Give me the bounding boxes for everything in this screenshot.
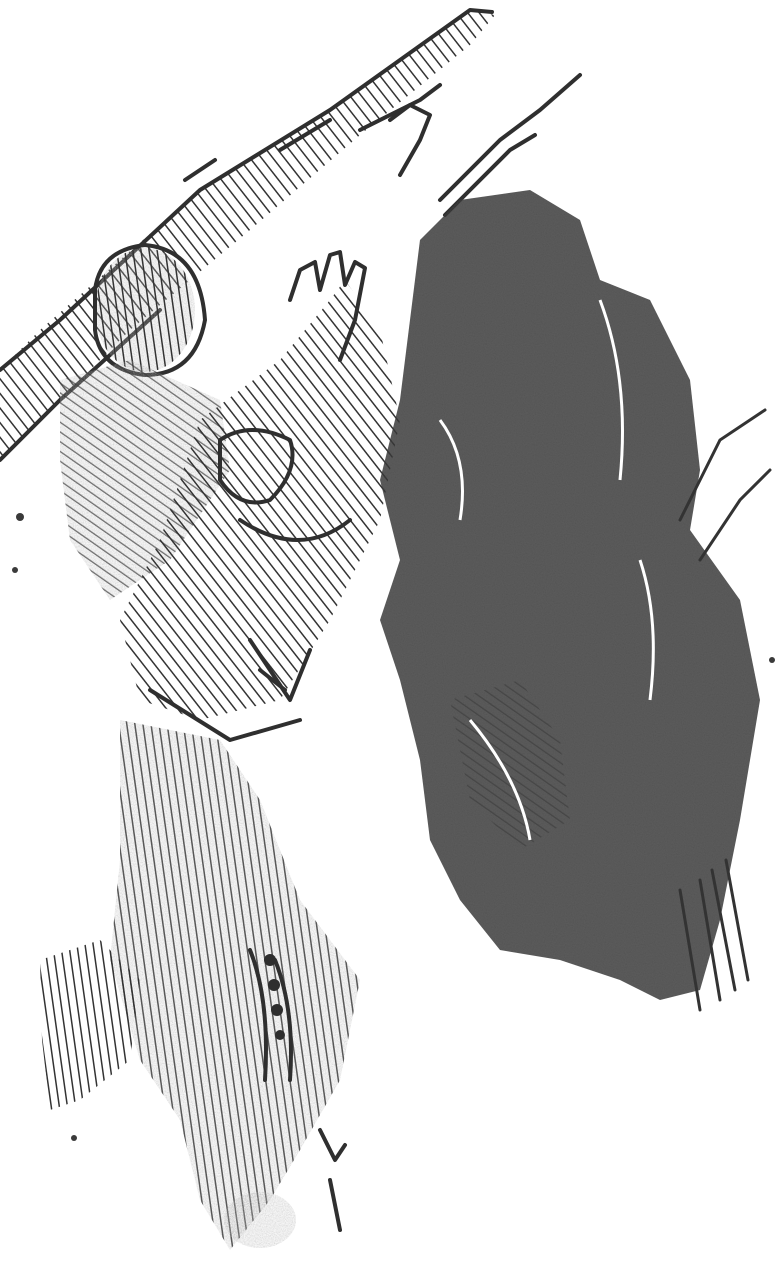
- engraving-illustration: [0, 0, 778, 1261]
